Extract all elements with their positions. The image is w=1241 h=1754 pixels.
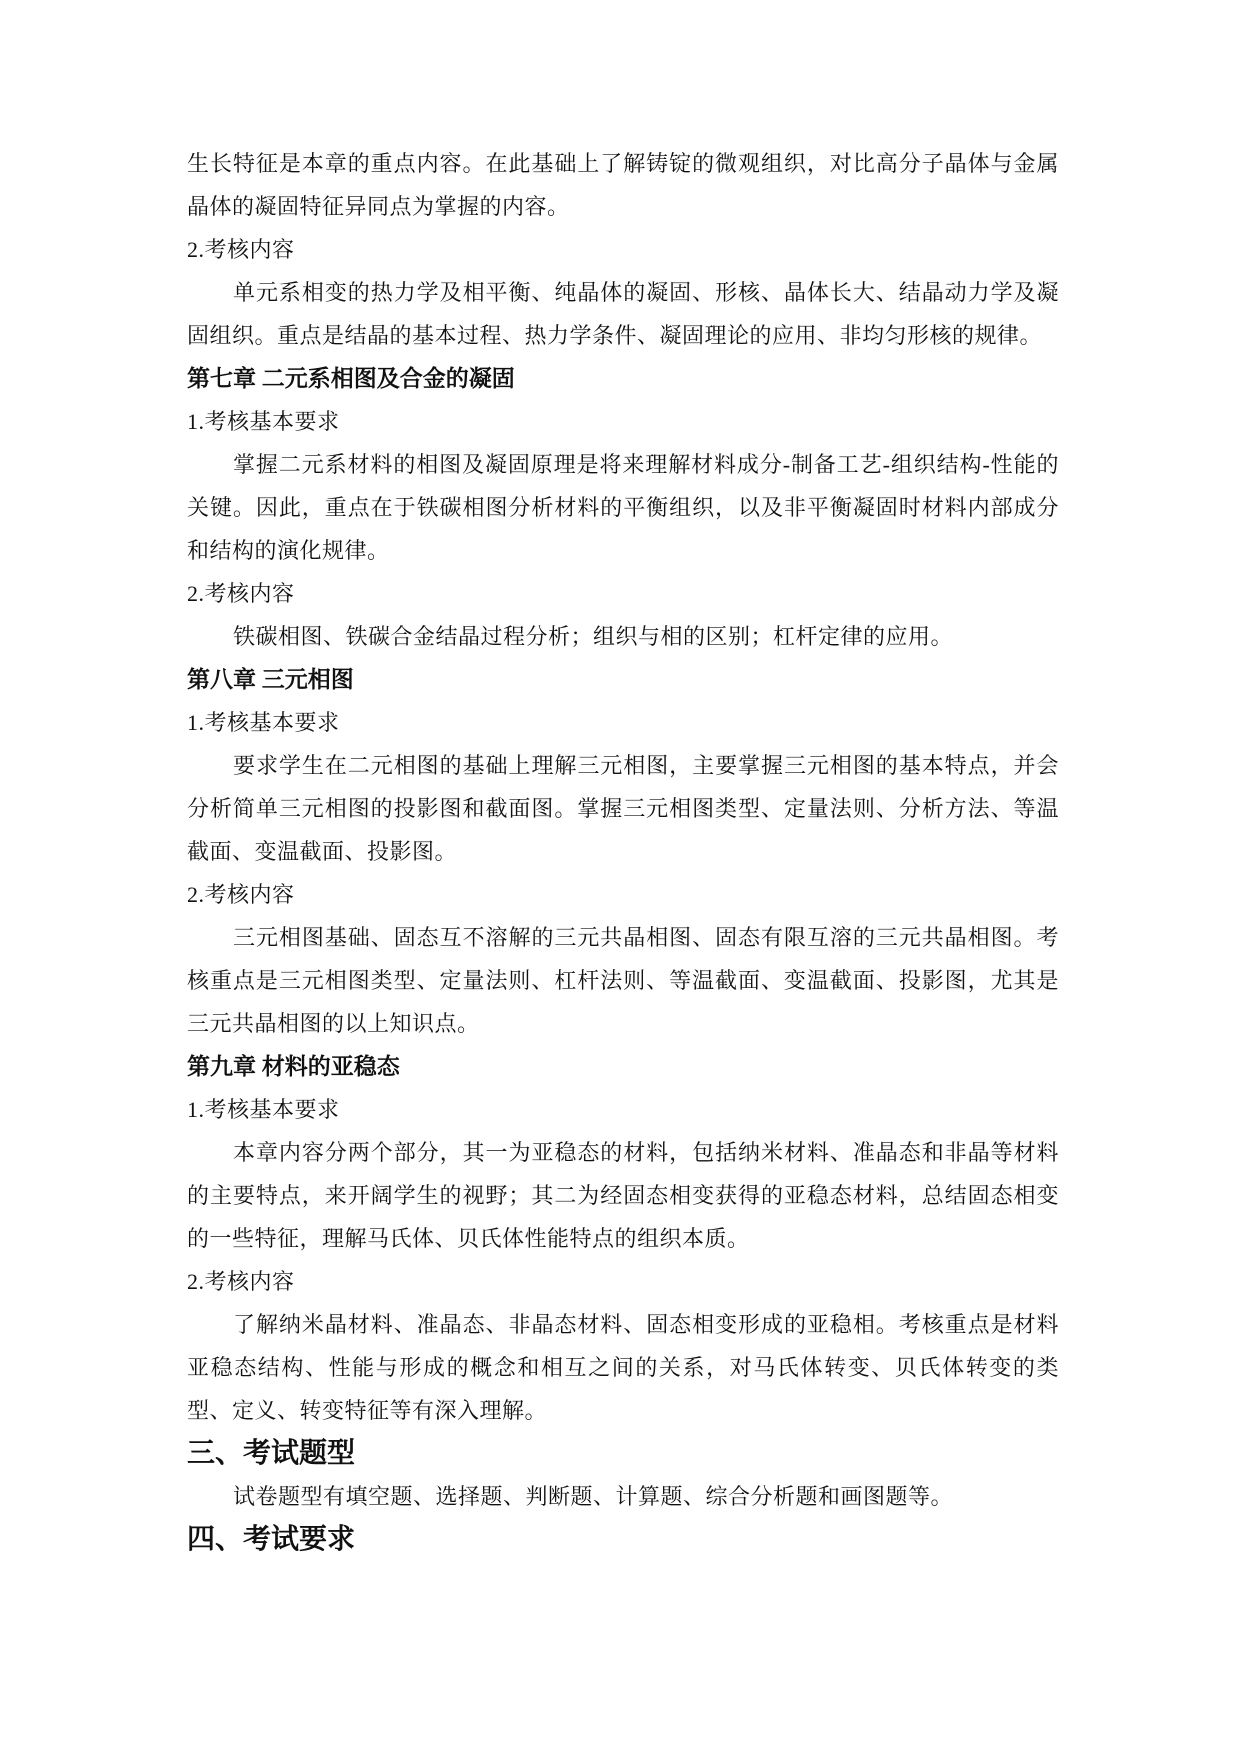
list-item-label: 2.考核内容 <box>187 228 1059 271</box>
list-item-label: 1.考核基本要求 <box>187 400 1059 443</box>
list-item-label: 2.考核内容 <box>187 572 1059 615</box>
section-heading: 三、考试题型 <box>187 1432 1059 1475</box>
list-item-label: 2.考核内容 <box>187 1260 1059 1303</box>
document-page: 生长特征是本章的重点内容。在此基础上了解铸锭的微观组织，对比高分子晶体与金属晶体… <box>0 0 1241 1754</box>
body-paragraph: 生长特征是本章的重点内容。在此基础上了解铸锭的微观组织，对比高分子晶体与金属晶体… <box>187 142 1059 228</box>
body-paragraph: 试卷题型有填空题、选择题、判断题、计算题、综合分析题和画图题等。 <box>187 1475 1059 1518</box>
body-paragraph: 三元相图基础、固态互不溶解的三元共晶相图、固态有限互溶的三元共晶相图。考核重点是… <box>187 916 1059 1045</box>
chapter-heading: 第八章 三元相图 <box>187 658 1059 701</box>
list-item-label: 1.考核基本要求 <box>187 1088 1059 1131</box>
chapter-heading: 第七章 二元系相图及合金的凝固 <box>187 357 1059 400</box>
body-paragraph: 本章内容分两个部分，其一为亚稳态的材料，包括纳米材料、准晶态和非晶等材料的主要特… <box>187 1131 1059 1260</box>
document-content: 生长特征是本章的重点内容。在此基础上了解铸锭的微观组织，对比高分子晶体与金属晶体… <box>187 142 1059 1561</box>
list-item-label: 2.考核内容 <box>187 873 1059 916</box>
chapter-heading: 第九章 材料的亚稳态 <box>187 1045 1059 1088</box>
body-paragraph: 掌握二元系材料的相图及凝固原理是将来理解材料成分-制备工艺-组织结构-性能的关键… <box>187 443 1059 572</box>
body-paragraph: 要求学生在二元相图的基础上理解三元相图，主要掌握三元相图的基本特点，并会分析简单… <box>187 744 1059 873</box>
body-paragraph: 铁碳相图、铁碳合金结晶过程分析；组织与相的区别；杠杆定律的应用。 <box>187 615 1059 658</box>
body-paragraph: 了解纳米晶材料、准晶态、非晶态材料、固态相变形成的亚稳相。考核重点是材料亚稳态结… <box>187 1303 1059 1432</box>
body-paragraph: 单元系相变的热力学及相平衡、纯晶体的凝固、形核、晶体长大、结晶动力学及凝固组织。… <box>187 271 1059 357</box>
section-heading: 四、考试要求 <box>187 1518 1059 1561</box>
list-item-label: 1.考核基本要求 <box>187 701 1059 744</box>
